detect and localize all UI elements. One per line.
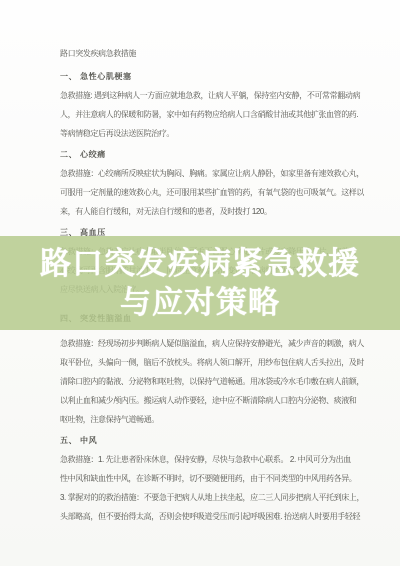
doc-line: 头部略高，但不要抬得太高，否则会使呼吸道受压而引起呼吸困难. 抬送病人时要用手轻…: [60, 507, 356, 526]
doc-line: 急救措施：心绞痛所反映症状为胸闷、胸痛。家属应让病人静卧，如家里备有速效救心丸，: [60, 164, 356, 183]
banner-title-line1: 路口突发疾病紧急救援: [40, 244, 360, 283]
doc-line: 可服用一定剂量的速效救心丸，还可服用某些扩血管的药，有氧气袋的也可吸氧气。这样以: [60, 183, 356, 202]
doc-line: 来，有人能自行缓和，对无法自行缓和的患者，及时拨打 120。: [60, 202, 356, 221]
document-photo: 路口突发疾病急救措施 一、 急性心肌梗塞急救措施: 遇到这种病人一方面应就地急救…: [0, 0, 400, 566]
doc-section-heading: 一、 急性心肌梗塞: [60, 67, 356, 86]
doc-line: 急救措施：1. 先让患者卧床休息，保持安静，尽快与急救中心联系。 2. 中风可分…: [60, 450, 356, 469]
doc-line: 急救措施: 遇到这种病人一方面应就地急救，让病人平躺，保持室内安静，不可常常翻动…: [60, 86, 356, 105]
doc-line: 取平卧位，头偏向一侧，脑后不放枕头。将病人领口解开，用纱布包住病人舌头拉出，及时: [60, 353, 356, 372]
doc-line: 人，并注意病人的保暖和防暑，家中如有药物应给病人口含硝酸甘油或其他扩张血管的药.: [60, 105, 356, 124]
doc-line: 清除口腔内的黏液、分泌物和呕吐物，以保持气道畅通。用冰袋或冷水毛巾敷在病人前额，: [60, 372, 356, 391]
doc-section: 一、 急性心肌梗塞急救措施: 遇到这种病人一方面应就地急救，让病人平躺，保持室内…: [60, 67, 356, 143]
doc-section-heading: 五、 中风: [60, 431, 356, 450]
doc-section: 二、 心绞痛急救措施：心绞痛所反映症状为胸闷、胸痛。家属应让病人静卧，如家里备有…: [60, 145, 356, 221]
document-title: 路口突发疾病急救措施: [60, 44, 356, 63]
doc-line: 以利止血和减少颅内压。搬运病人动作要轻，途中应不断清除病人口腔内分泌物、痰液和: [60, 391, 356, 410]
doc-line: 急救措施：经现场初步判断病人疑似脑溢血，病人应保持安静避光，减少声音的刺激，病人: [60, 334, 356, 353]
doc-line: 3. 掌握对的的救治措施：不要急于把病人从地上扶坐起，应二三人同步把病人平托到床…: [60, 488, 356, 507]
banner-title-line2: 与应对策略: [120, 283, 280, 322]
title-banner-overlay: 路口突发疾病紧急救援 与应对策略: [0, 236, 400, 330]
doc-line: 等病情稳定后再设法送医院治疗。: [60, 124, 356, 143]
doc-line: 性中风和缺血性中风，在诊断不明时，切不要随便用药，由于不同类型的中风用药各异。: [60, 469, 356, 488]
doc-section: 五、 中风急救措施：1. 先让患者卧床休息，保持安静，尽快与急救中心联系。 2.…: [60, 431, 356, 526]
doc-line: 呕吐物，注意保持气道畅通。: [60, 410, 356, 429]
doc-section-heading: 二、 心绞痛: [60, 145, 356, 164]
